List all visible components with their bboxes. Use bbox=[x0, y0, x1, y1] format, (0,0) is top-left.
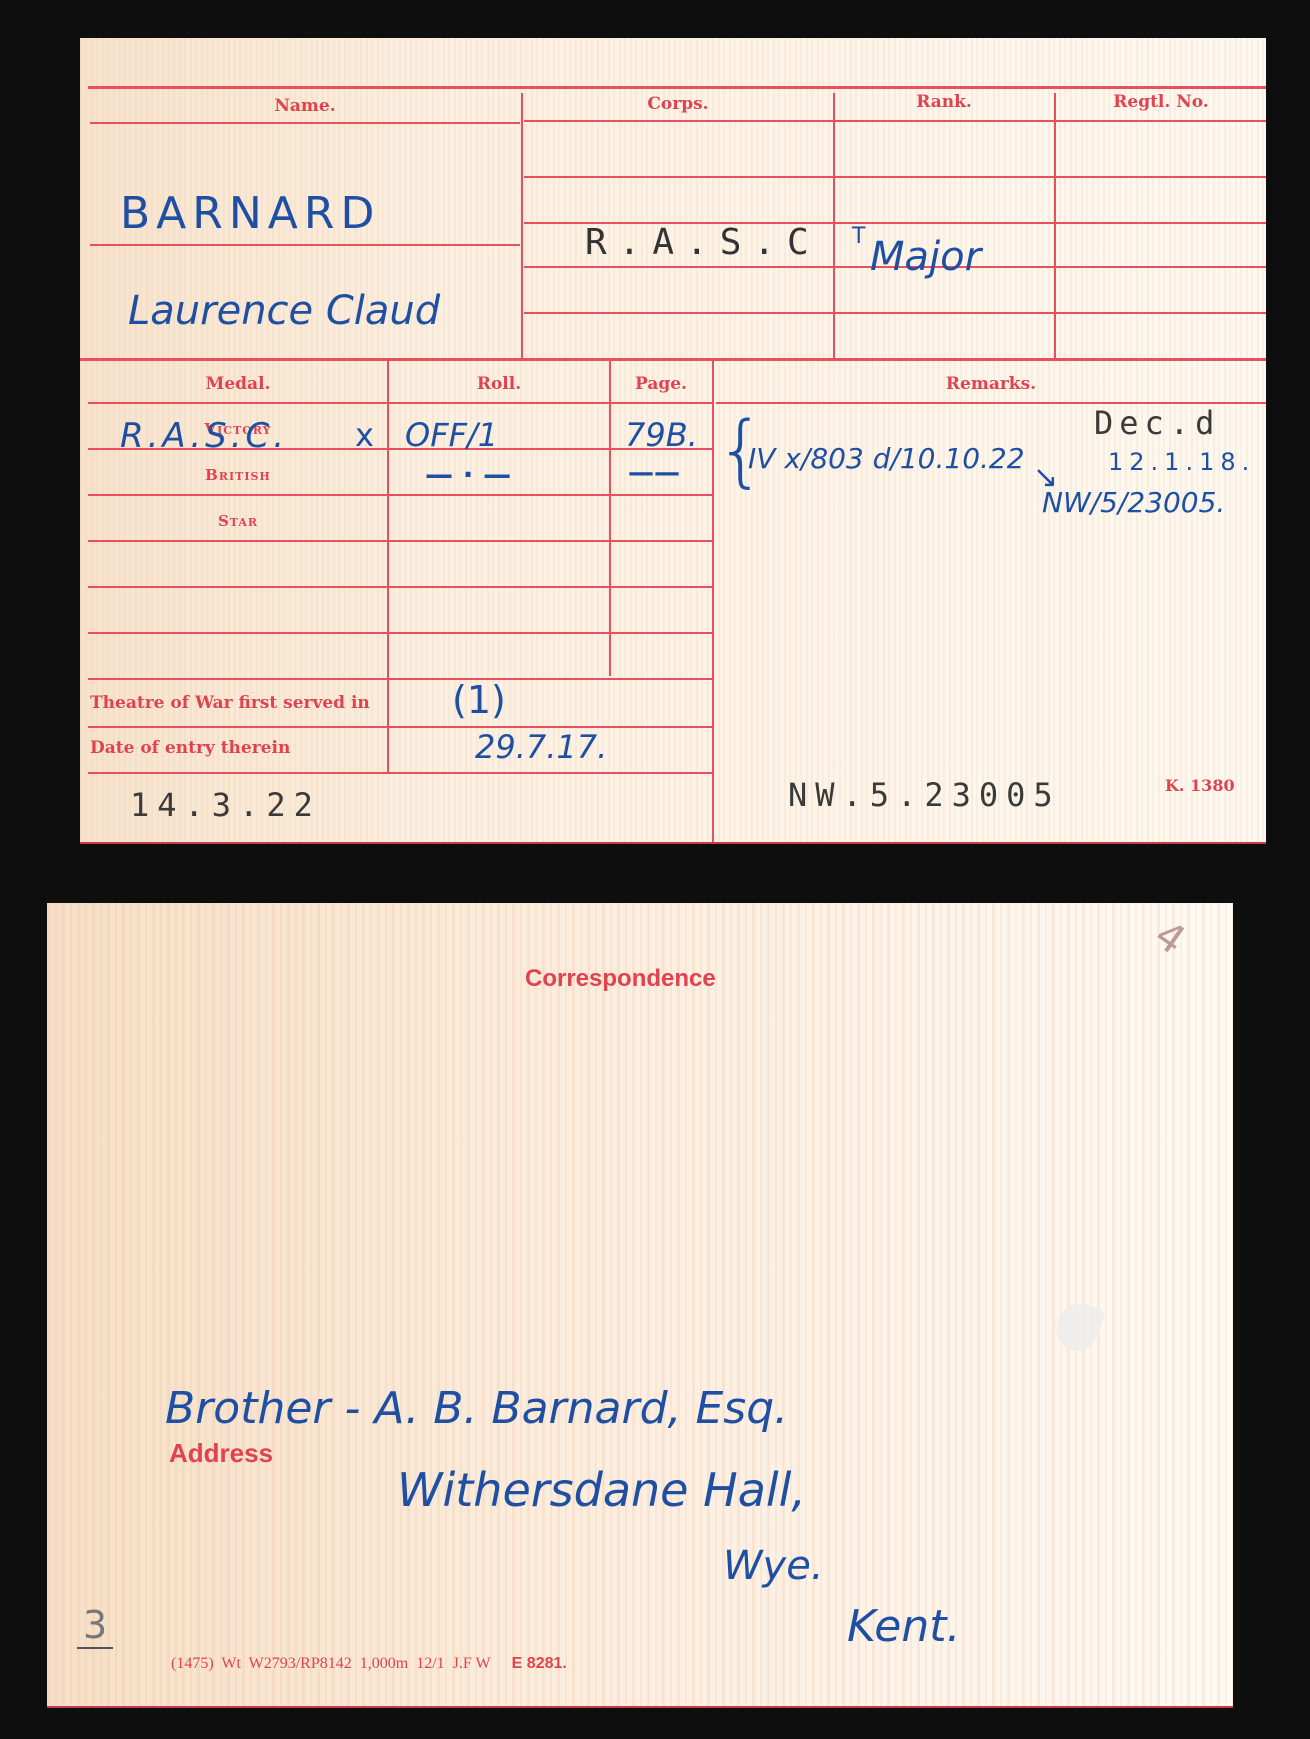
medal-index-card-back: Correspondence 4 Brother - A. B. Barnard… bbox=[47, 903, 1233, 1708]
corps-rule-1 bbox=[524, 176, 1266, 178]
medal-rule-5 bbox=[88, 632, 712, 634]
pencil-margin-mark: 3 bbox=[77, 1603, 113, 1649]
medal-index-card-front: Name. Corps. Rank. Regtl. No. BARNARD La… bbox=[80, 38, 1266, 844]
rank-value: Major bbox=[870, 234, 981, 280]
header-medal: Medal. bbox=[90, 374, 386, 394]
correspondence-title: Correspondence bbox=[525, 965, 716, 993]
printer-imprint: (1475) Wt W2793/RP8142 1,000m 12/1 J.F W bbox=[171, 1655, 491, 1672]
col-divider-medal-roll bbox=[387, 360, 389, 774]
remarks-typed-status: Dec.d bbox=[1094, 404, 1220, 442]
header-remarks: Remarks. bbox=[716, 374, 1266, 394]
medal-header-rule-left bbox=[88, 402, 712, 404]
medal-rule-2 bbox=[88, 494, 712, 496]
medal-mark: x bbox=[355, 416, 374, 454]
medal-entry: R.A.S.C. bbox=[120, 416, 288, 456]
form-number: K. 1380 bbox=[1165, 776, 1235, 795]
theatre-label: Theatre of War first served in bbox=[90, 693, 386, 713]
medal-top-rule bbox=[80, 358, 1266, 361]
header-rule-right bbox=[524, 120, 1266, 122]
header-regtl-no: Regtl. No. bbox=[1056, 92, 1266, 112]
medal-label-british: British bbox=[90, 466, 386, 484]
header-rank: Rank. bbox=[835, 92, 1053, 112]
corps-rule-4 bbox=[524, 312, 1266, 314]
top-rule bbox=[88, 86, 1266, 89]
col-divider-rank-regtl bbox=[1054, 93, 1056, 361]
surname: BARNARD bbox=[120, 188, 380, 239]
page-victory: 79B. bbox=[625, 416, 698, 454]
medal-rule-6 bbox=[88, 678, 712, 680]
remarks-ref: NW/5/23005. bbox=[1042, 486, 1225, 519]
printer-code: E 8281. bbox=[512, 1655, 567, 1672]
remarks-typed-date: 12.1.18. bbox=[1108, 448, 1255, 476]
header-name: Name. bbox=[90, 96, 520, 116]
col-divider-name-corps bbox=[521, 93, 523, 361]
address-line-4: Kent. bbox=[847, 1601, 960, 1652]
address-line-1: Brother - A. B. Barnard, Esq. bbox=[165, 1383, 788, 1434]
col-divider-corps-rank bbox=[833, 93, 835, 361]
file-reference: NW.5.23005 bbox=[788, 776, 1061, 814]
col-divider-roll-page bbox=[609, 360, 611, 676]
medal-rule-4 bbox=[88, 586, 712, 588]
date-entry-value: 29.7.17. bbox=[475, 728, 607, 766]
date-entry-label: Date of entry therein bbox=[90, 738, 386, 758]
rank-prefix: T bbox=[852, 224, 865, 249]
remarks-handwritten: IV x/803 d/10.10.22 bbox=[748, 442, 1025, 475]
medal-rule-7 bbox=[88, 726, 712, 728]
header-roll: Roll. bbox=[390, 374, 608, 394]
col-divider-page-remarks bbox=[712, 360, 714, 842]
corner-pencil-mark: 4 bbox=[1146, 912, 1193, 964]
printer-line: (1475) Wt W2793/RP8142 1,000m 12/1 J.F W… bbox=[171, 1653, 567, 1673]
header-corps: Corps. bbox=[524, 94, 832, 114]
address-line-2: Withersdane Hall, bbox=[397, 1463, 806, 1517]
name-rule bbox=[90, 244, 520, 246]
stamp-date: 14.3.22 bbox=[130, 786, 321, 824]
address-line-3: Wye. bbox=[723, 1543, 824, 1589]
medal-label-star: Star bbox=[90, 512, 386, 530]
header-rule-name bbox=[90, 122, 520, 124]
forenames: Laurence Claud bbox=[128, 288, 440, 334]
address-label: Address bbox=[169, 1438, 273, 1469]
header-page: Page. bbox=[612, 374, 710, 394]
roll-british: — · — bbox=[425, 458, 511, 491]
medal-rule-3 bbox=[88, 540, 712, 542]
corps-value: R.A.S.C bbox=[585, 222, 821, 263]
theatre-value: (1) bbox=[452, 678, 506, 722]
leaf-watermark-icon bbox=[1050, 1297, 1106, 1356]
page-british: —— bbox=[628, 458, 680, 488]
medal-rule-8 bbox=[88, 772, 712, 774]
roll-victory: OFF/1 bbox=[405, 416, 498, 454]
